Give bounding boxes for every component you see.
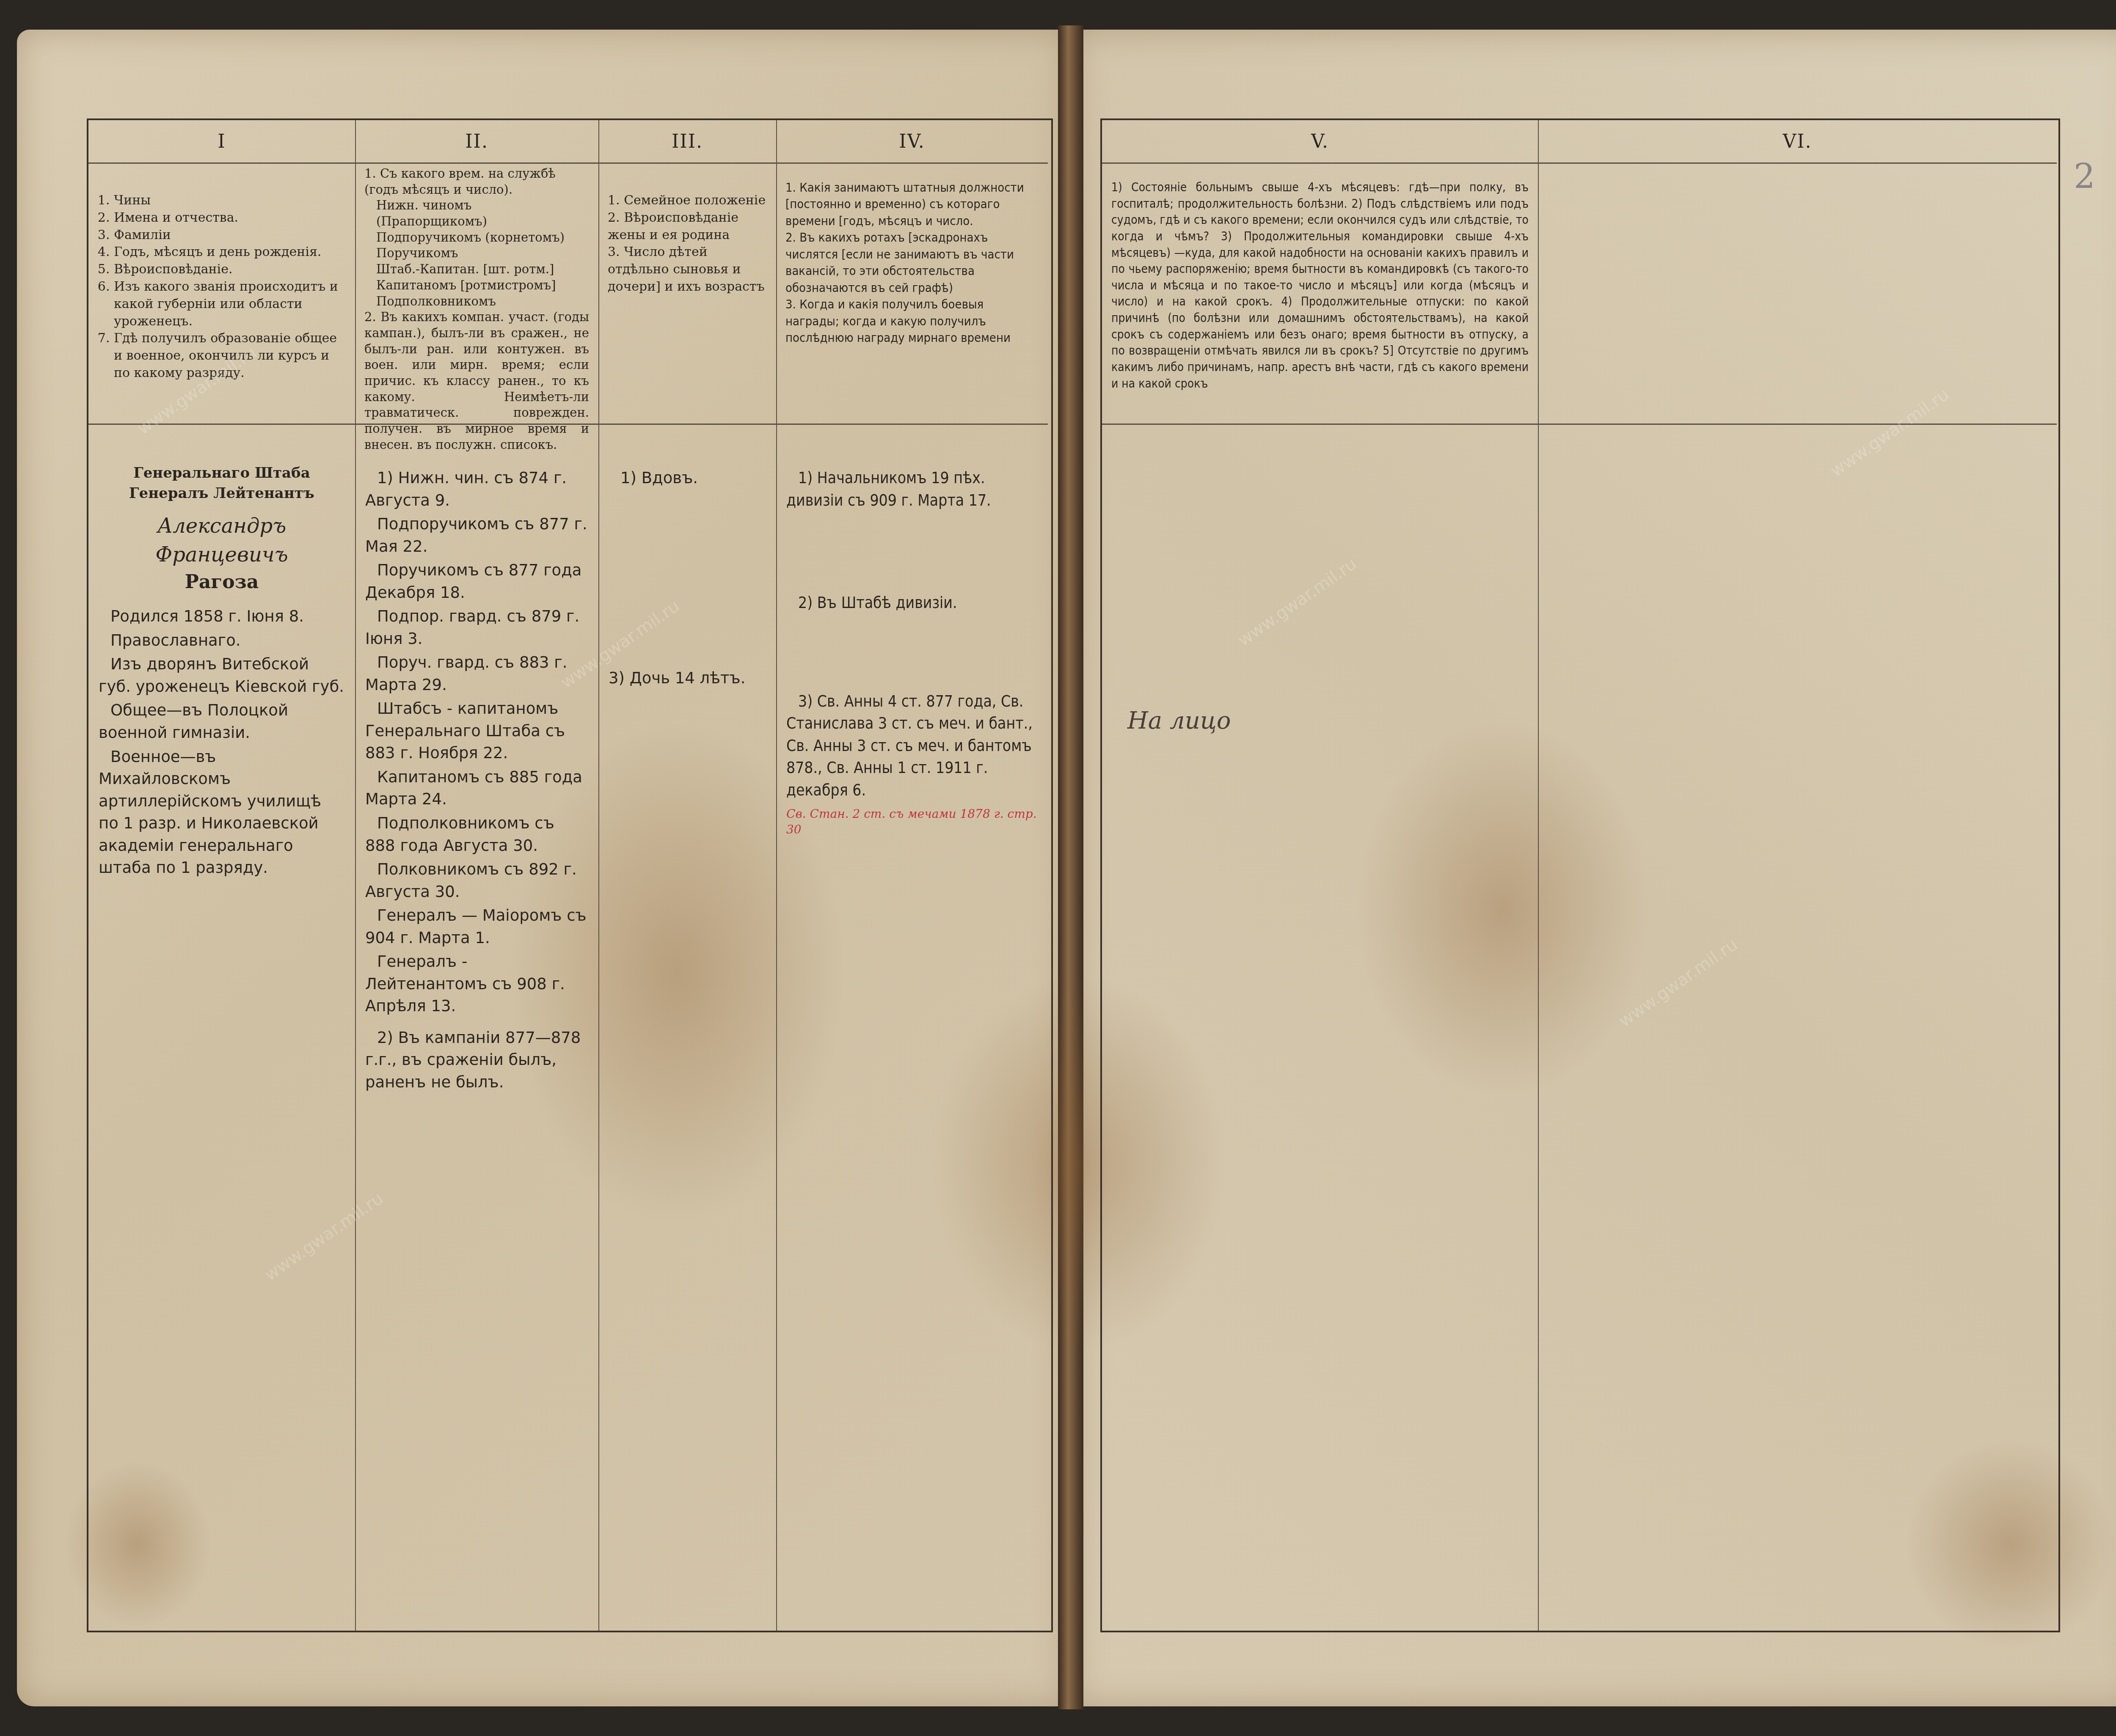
header-item: 3. Число дѣтей отдѣльно сыновья и дочери… (608, 244, 767, 295)
header-item: 1. Семейное положеніе (608, 192, 767, 209)
header-item: 2. Вѣроисповѣданіе (608, 209, 767, 227)
column-numeral: II. (355, 120, 598, 164)
column-5-entry: На лицо (1102, 425, 1538, 1631)
given-names: Александръ Францевичъ (99, 512, 345, 569)
service-record: Поручикомъ съ 877 года Декабря 18. (365, 559, 588, 604)
children: 3) Дочь 14 лѣтъ. (609, 667, 766, 690)
header-item: 1. Съ какого врем. на службѣ (годъ мѣсяц… (364, 166, 589, 198)
service-record: Капитаномъ съ 885 года Марта 24. (365, 766, 588, 811)
column-6-entry (1538, 425, 2057, 1631)
column-1-entry: Генеральнаго Штаба Генералъ Лейтенантъ А… (88, 425, 355, 1631)
unit: Генеральнаго Штаба (99, 463, 345, 483)
header-item: Имена и отчества. (114, 209, 346, 227)
rank: Генералъ Лейтенантъ (99, 483, 345, 503)
education-military: Военное—въ Михайловскомъ артиллерійскомъ… (99, 746, 345, 879)
awards: 3) Св. Анны 4 ст. 877 года, Св. Станисла… (786, 691, 1038, 802)
column-5-header: 1) Состояніе больнымъ свыше 4-хъ мѣсяцев… (1102, 162, 1538, 425)
campaigns: 2) Въ кампаніи 877—878 г.г., въ сраженіи… (365, 1027, 588, 1094)
service-record-table-left: I Чины Имена и отчества. Фамиліи Годъ, м… (87, 118, 1053, 1632)
header-rank: Нижн. чиномъ (376, 198, 589, 214)
column-3-header: 1. Семейное положеніе 2. Вѣроисповѣданіе… (598, 162, 776, 425)
page-number: 2 (2074, 157, 2095, 196)
column-numeral: IV. (776, 120, 1048, 164)
column-4-entry: 1) Начальникомъ 19 пѣх. дивизіи съ 909 г… (776, 425, 1048, 1631)
service-record: Генералъ - Лейтенантомъ съ 908 г. Апрѣля… (365, 951, 588, 1018)
column-numeral: III. (598, 120, 776, 164)
header-item: 1. Какія занимаютъ штатныя должности [по… (785, 179, 1039, 229)
header-item: 2. Въ какихъ ротахъ [эскадронахъ числятс… (785, 229, 1039, 296)
header-rank: Подполковникомъ (376, 294, 589, 310)
service-record: 1) Нижн. чин. съ 874 г. Августа 9. (365, 467, 588, 512)
header-rank: Подпоручикомъ (корнетомъ) (376, 230, 589, 246)
education-general: Общее—въ Полоцкой военной гимназіи. (99, 699, 345, 744)
marital-status: 1) Вдовъ. (609, 467, 766, 490)
column-3-entry: 1) Вдовъ. 3) Дочь 14 лѣтъ. (598, 425, 776, 1631)
birth-date: Родился 1858 г. Іюня 8. (99, 605, 345, 628)
service-record: Полковникомъ съ 892 г. Августа 30. (365, 858, 588, 903)
column-1-header: Чины Имена и отчества. Фамиліи Годъ, мѣс… (88, 162, 355, 425)
header-rank: (Прапорщикомъ) (376, 214, 589, 230)
surname: Рагоза (99, 569, 345, 595)
service-record: Подпоручикомъ съ 877 г. Мая 22. (365, 513, 588, 558)
header-item: Фамиліи (114, 227, 346, 244)
header-rank: Поручикомъ (376, 245, 589, 261)
column-numeral: VI. (1538, 120, 2057, 164)
unit-assignment: 2) Въ Штабѣ дивизіи. (786, 592, 1038, 614)
column-4-header: 1. Какія занимаютъ штатныя должности [по… (776, 162, 1048, 425)
header-rank: Капитаномъ [ротмистромъ] (376, 278, 589, 294)
header-item: Годъ, мѣсяцъ и день рожденія. (114, 244, 346, 261)
column-numeral: I (88, 120, 355, 164)
binding-spine (1058, 25, 1083, 1709)
column-3: III. 1. Семейное положеніе 2. Вѣроисповѣ… (598, 120, 777, 1631)
service-record-table-right: V. 1) Состояніе больнымъ свыше 4-хъ мѣся… (1100, 118, 2060, 1632)
handwritten-note: На лицо (1127, 704, 1528, 738)
service-record: Штабсъ - капитаномъ Генеральнаго Штаба с… (365, 698, 588, 765)
header-text: 1) Состояніе больнымъ свыше 4-хъ мѣсяцев… (1111, 179, 1529, 392)
service-record: Генералъ — Маіоромъ съ 904 г. Марта 1. (365, 905, 588, 949)
service-record: Подполковникомъ съ 888 года Августа 30. (365, 812, 588, 857)
header-item: Вѣроисповѣданіе. (114, 261, 346, 278)
red-annotation: Св. Стан. 2 ст. съ мечами 1878 г. стр. 3… (786, 806, 1038, 837)
column-1: I Чины Имена и отчества. Фамиліи Годъ, м… (88, 120, 356, 1631)
service-record: Поруч. гвард. съ 883 г. Марта 29. (365, 652, 588, 696)
column-6: VI. (1538, 120, 2057, 1631)
header-item: 3. Когда и какія получилъ боевыя награды… (785, 296, 1039, 346)
origin: Изъ дворянъ Витебской губ. уроженецъ Кіе… (99, 653, 345, 698)
column-numeral: V. (1102, 120, 1538, 164)
header-item: Гдѣ получилъ образованіе общее и военное… (114, 330, 346, 382)
column-6-header (1538, 162, 2057, 425)
column-2-header: 1. Съ какого врем. на службѣ (годъ мѣсяц… (355, 162, 598, 425)
column-5: V. 1) Состояніе больнымъ свыше 4-хъ мѣся… (1102, 120, 1539, 1631)
service-record: Подпор. гвард. съ 879 г. Іюня 3. (365, 605, 588, 650)
position: 1) Начальникомъ 19 пѣх. дивизіи съ 909 г… (786, 467, 1038, 512)
header-item: жены и ея родина (608, 227, 767, 244)
column-2: II. 1. Съ какого врем. на службѣ (годъ м… (355, 120, 599, 1631)
religion: Православнаго. (99, 630, 345, 652)
column-2-entry: 1) Нижн. чин. съ 874 г. Августа 9. Подпо… (355, 425, 598, 1631)
header-item: Чины (114, 192, 346, 209)
header-rank: Штаб.-Капитан. [шт. ротм.] (376, 261, 589, 278)
header-item: Изъ какого званія происходитъ и какой гу… (114, 278, 346, 330)
column-4: IV. 1. Какія занимаютъ штатныя должности… (776, 120, 1048, 1631)
